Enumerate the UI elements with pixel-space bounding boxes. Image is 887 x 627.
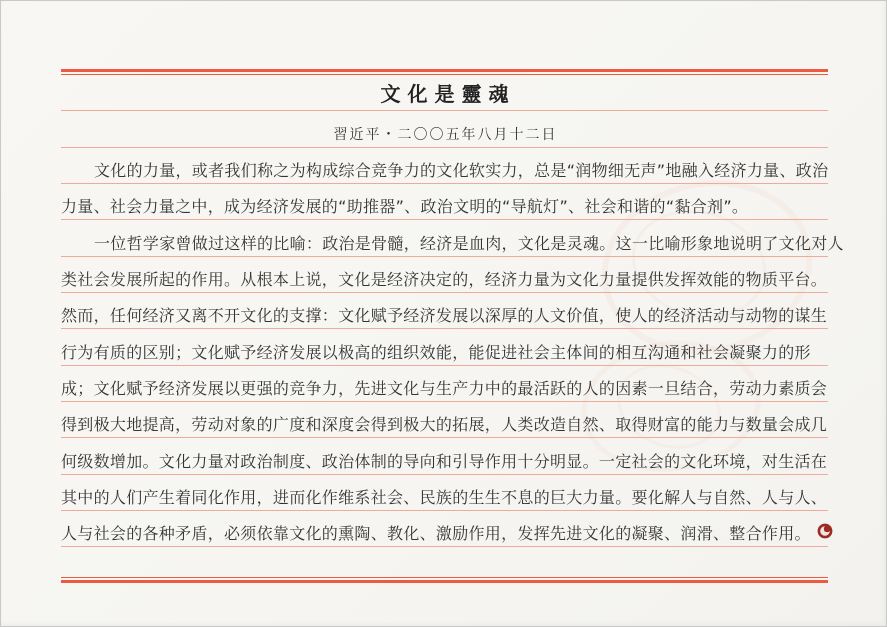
body-line-row: 成；文化赋予经济发展以更强的竞争力，先进文化与生产力中的最活跃的人的因素一旦结合… bbox=[61, 366, 828, 402]
body-line: 其中的人们产生着同化作用，进而化作维系社会、民族的生生不息的巨大力量。要化解人与… bbox=[61, 488, 827, 507]
body-line-row: 得到极大地提高，劳动对象的广度和深度会得到极大的拓展，人类改造自然、取得财富的能… bbox=[61, 402, 828, 438]
body-line-row: 然而，任何经济又离不开文化的支撑：文化赋予经济发展以深厚的人文价值，使人的经济活… bbox=[61, 293, 828, 329]
body-line: 人与社会的各种矛盾，必须依靠文化的熏陶、教化、激励作用，发挥先进文化的凝聚、润滑… bbox=[61, 524, 811, 543]
byline: 習近平・二〇〇五年八月十二日 bbox=[332, 124, 558, 144]
bottom-margin bbox=[61, 547, 828, 577]
body-line: 何级数增加。文化力量对政治制度、政治体制的导向和引导作用十分明显。一定社会的文化… bbox=[61, 452, 827, 471]
body-line: 类社会发展所起的作用。从根本上说，文化是经济决定的，经济力量为文化力量提供发挥效… bbox=[61, 270, 827, 289]
ruled-sheet: 文化是靈魂 習近平・二〇〇五年八月十二日 文化的力量，或者我们称之为构成综合竞争… bbox=[61, 69, 828, 583]
body-line: 成；文化赋予经济发展以更强的竞争力，先进文化与生产力中的最活跃的人的因素一旦结合… bbox=[61, 379, 827, 398]
body-line: 力量、社会力量之中，成为经济发展的“助推器”、政治文明的“导航灯”、社会和谐的“… bbox=[61, 197, 748, 216]
body-line-row: 一位哲学家曾做过这样的比喻：政治是骨髓，经济是血肉，文化是灵魂。这一比喻形象地说… bbox=[61, 220, 828, 256]
page-title: 文化是靈魂 bbox=[374, 78, 516, 107]
body-line: 然而，任何经济又离不开文化的支撑：文化赋予经济发展以深厚的人文价值，使人的经济活… bbox=[61, 306, 827, 325]
body-line-row: 类社会发展所起的作用。从根本上说，文化是经济决定的，经济力量为文化力量提供发挥效… bbox=[61, 257, 828, 293]
bottom-double-rule bbox=[61, 577, 828, 583]
body-line-row: 何级数增加。文化力量对政治制度、政治体制的导向和引导作用十分明显。一定社会的文化… bbox=[61, 438, 828, 474]
body-line-row: 文化的力量，或者我们称之为构成综合竞争力的文化软实力，总是“润物细无声”地融入经… bbox=[61, 148, 828, 184]
body-line-row: 人与社会的各种矛盾，必须依靠文化的熏陶、教化、激励作用，发挥先进文化的凝聚、润滑… bbox=[61, 511, 828, 547]
body-line: 行为有质的区别；文化赋予经济发展以极高的组织效能，能促进社会主体间的相互沟通和社… bbox=[61, 343, 811, 362]
body-line: 得到极大地提高，劳动对象的广度和深度会得到极大的拓展，人类改造自然、取得财富的能… bbox=[61, 415, 827, 434]
body-line-row: 其中的人们产生着同化作用，进而化作维系社会、民族的生生不息的巨大力量。要化解人与… bbox=[61, 475, 828, 511]
phoenix-swirl-icon bbox=[817, 523, 833, 543]
byline-row: 習近平・二〇〇五年八月十二日 bbox=[61, 111, 828, 147]
body-line: 文化的力量，或者我们称之为构成综合竞争力的文化软实力，总是“润物细无声”地融入经… bbox=[61, 161, 828, 180]
body-line-row: 力量、社会力量之中，成为经济发展的“助推器”、政治文明的“导航灯”、社会和谐的“… bbox=[61, 184, 828, 220]
body-line-row: 行为有质的区别；文化赋予经济发展以极高的组织效能，能促进社会主体间的相互沟通和社… bbox=[61, 329, 828, 365]
body-line: 一位哲学家曾做过这样的比喻：政治是骨髓，经济是血肉，文化是灵魂。这一比喻形象地说… bbox=[61, 234, 844, 253]
title-row: 文化是靈魂 bbox=[61, 75, 828, 111]
manuscript-page: 文化是靈魂 習近平・二〇〇五年八月十二日 文化的力量，或者我们称之为构成综合竞争… bbox=[0, 0, 887, 627]
